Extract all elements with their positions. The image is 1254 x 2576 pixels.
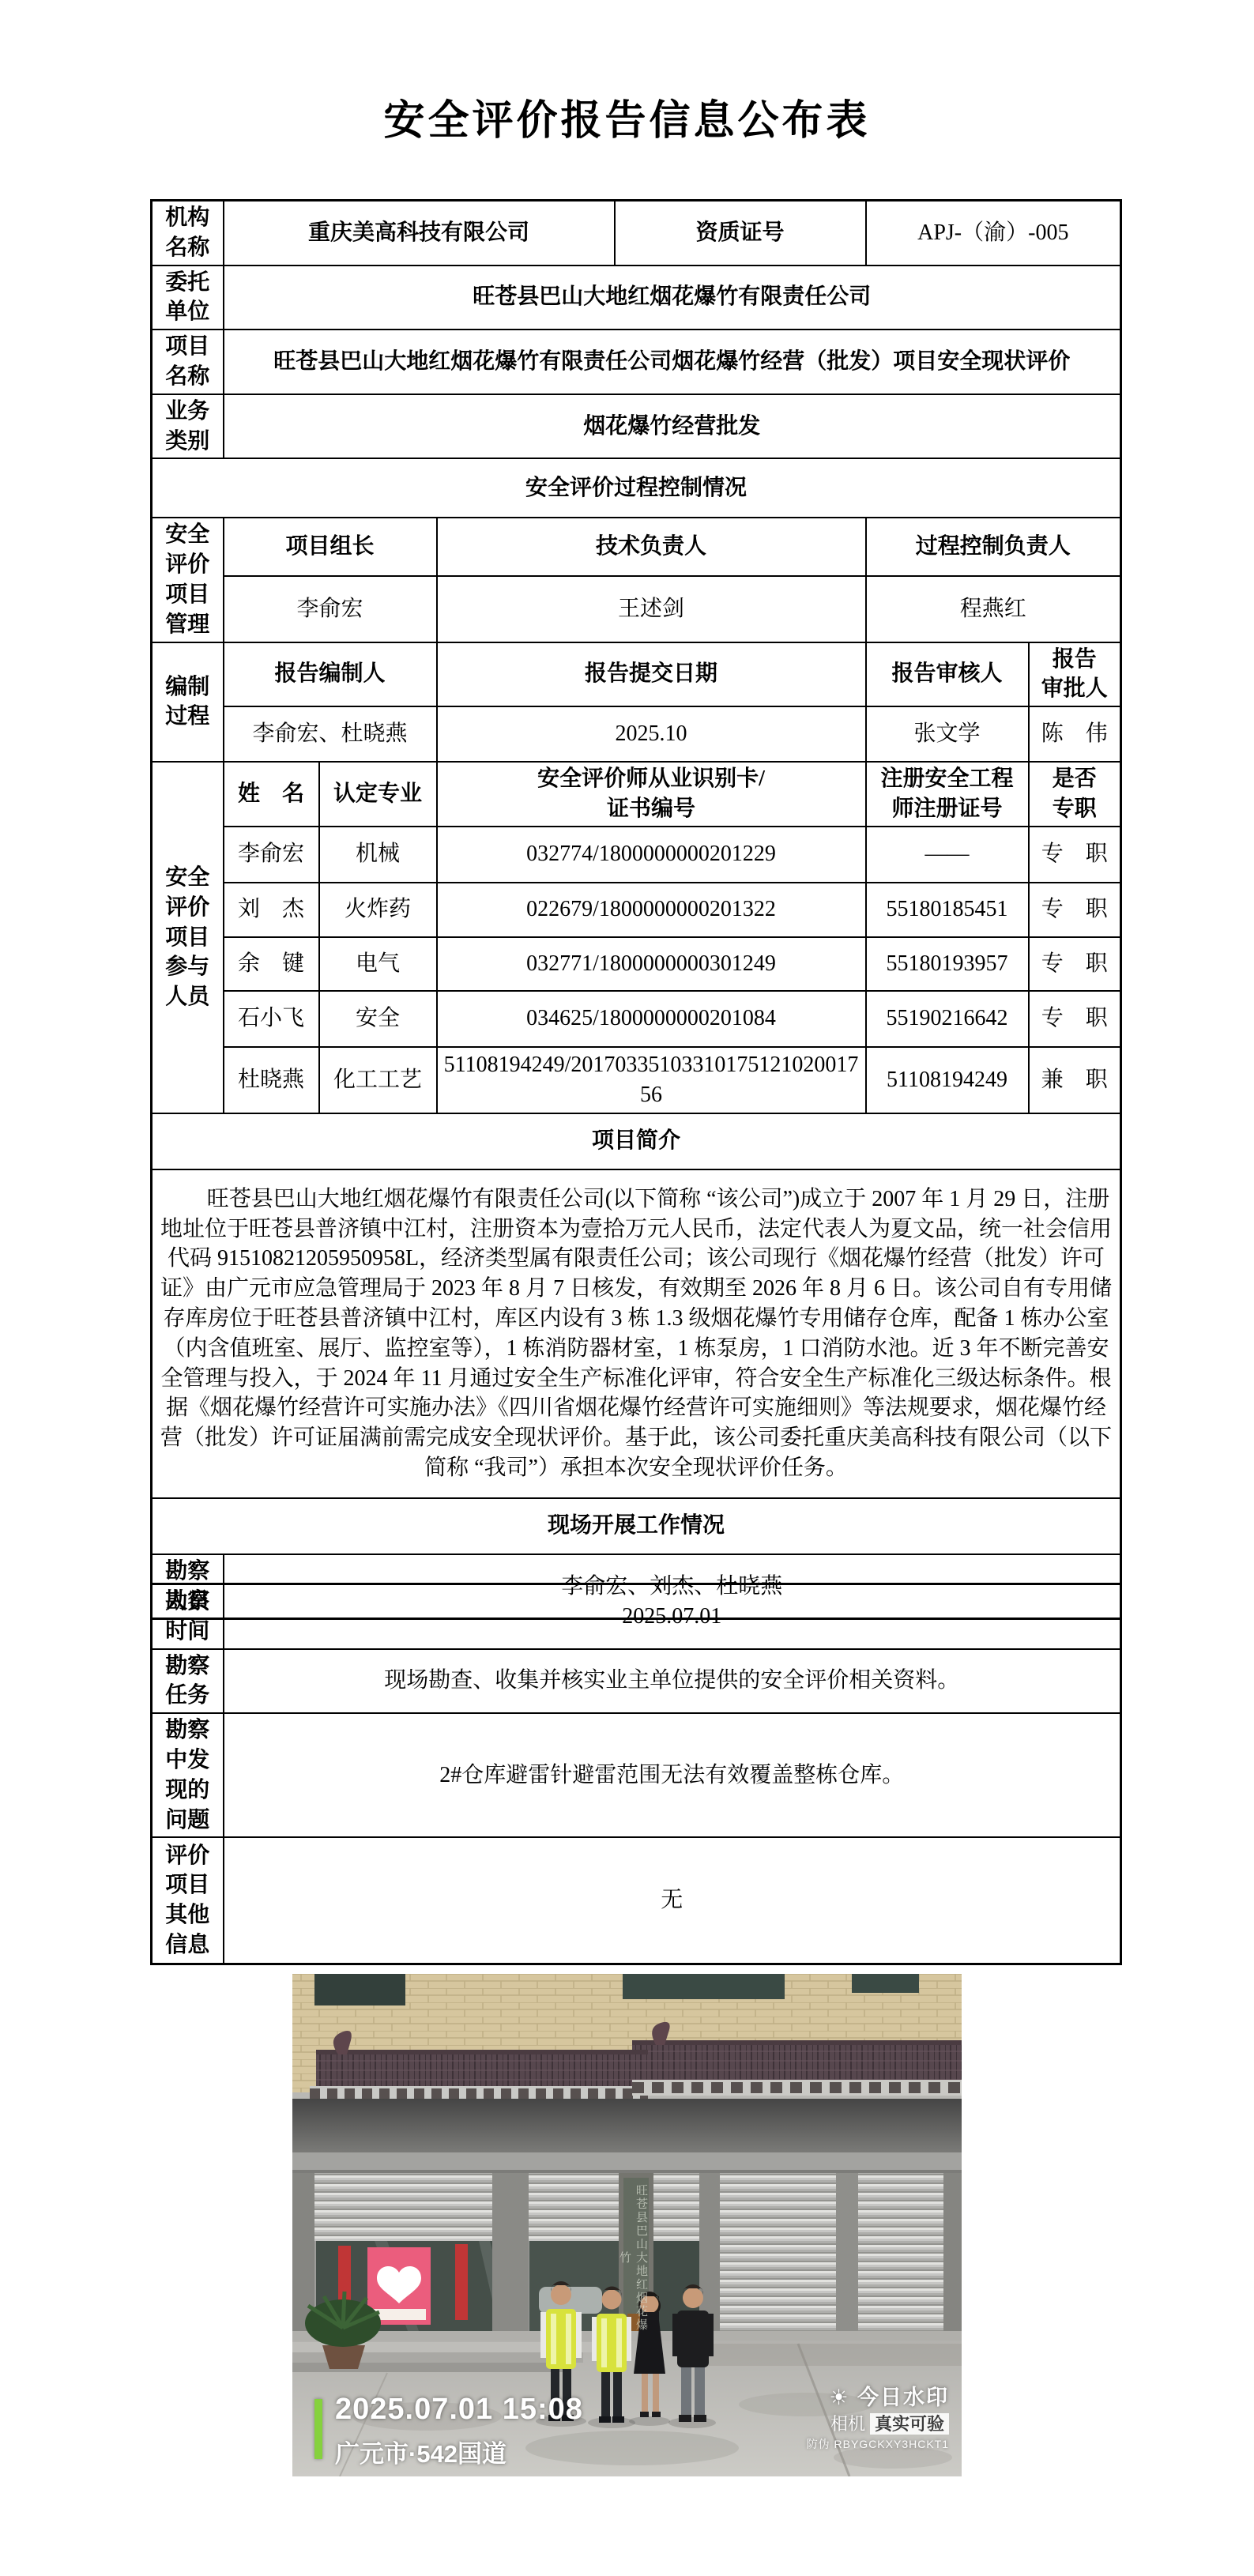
window [623, 1974, 785, 1999]
member-name: 李俞宏 [224, 827, 319, 883]
value-org-name: 重庆美高科技有限公司 [224, 201, 615, 266]
value-cert-no: APJ-（渝）-005 [866, 201, 1121, 266]
value-other-info: 无 [224, 1837, 1121, 1964]
document-page: { "title": "安全评价报告信息公布表", "table1": { "o… [0, 0, 1254, 2576]
sun-icon: ☀ [829, 2386, 849, 2409]
member-reg: 55180193957 [866, 937, 1029, 991]
value-client: 旺苍县巴山大地红烟花爆竹有限责任公司 [224, 266, 1121, 330]
label-other-info: 评价项目其他信息 [152, 1837, 224, 1964]
watermark-anticode: 防伪 RBYGCKXY3HCKT1 [807, 2438, 949, 2452]
value-project: 旺苍县巴山大地红烟花爆竹有限责任公司烟花爆竹经营（批发）项目安全现状评价 [224, 330, 1121, 394]
member-fulltime: 专 职 [1029, 937, 1121, 991]
survey-table: 勘察时间 2025.07.01 勘察任务 现场勘查、收集并核实业主单位提供的安全… [150, 1583, 1122, 1965]
survey-row: 勘察中发现的问题 2#仓库避雷针避雷范围无法有效覆盖整栋仓库。 [152, 1713, 1121, 1837]
label-reviewer: 报告审核人 [866, 642, 1029, 707]
member-major: 火炸药 [319, 883, 437, 937]
watermark-camera-label: 相机 [830, 2414, 865, 2434]
col-header-fulltime: 是否 专职 [1029, 762, 1121, 827]
value-survey-issues: 2#仓库避雷针避雷范围无法有效覆盖整栋仓库。 [224, 1713, 1121, 1837]
value-survey-task: 现场勘查、收集并核实业主单位提供的安全评价相关资料。 [224, 1649, 1121, 1714]
label-compile-process: 编制过程 [152, 642, 224, 763]
red-poster [455, 2244, 468, 2320]
member-row: 刘 杰 火炸药 022679/1800000000201322 55180185… [152, 883, 1121, 937]
watermark-timestamp: 2025.07.01 15:08 [335, 2393, 583, 2427]
member-name: 余 键 [224, 937, 319, 991]
member-reg: 51108194249 [866, 1047, 1029, 1113]
col-header-reg: 注册安全工程师注册证号 [866, 762, 1029, 827]
member-fulltime: 专 职 [1029, 827, 1121, 883]
member-name: 杜晓燕 [224, 1047, 319, 1113]
member-cert: 034625/1800000000201084 [437, 991, 866, 1047]
page-title: 安全评价报告信息公布表 [0, 87, 1254, 146]
member-row: 石小飞 安全 034625/1800000000201084 551902166… [152, 991, 1121, 1047]
label-team-leader: 项目组长 [224, 518, 437, 575]
window [852, 1974, 919, 1993]
member-reg: —— [866, 827, 1029, 883]
value-survey-time: 2025.07.01 [224, 1584, 1121, 1649]
project-intro-text: 旺苍县巴山大地红烟花爆竹有限责任公司(以下简称 “该公司”)成立于 2007 年… [152, 1169, 1121, 1498]
value-tech-lead: 王述剑 [437, 576, 866, 642]
label-submit-date: 报告提交日期 [437, 642, 866, 707]
main-table: 机构名称 重庆美高科技有限公司 资质证号 APJ-（渝）-005 委托单位 旺苍… [150, 199, 1122, 1620]
col-header-cert: 安全评价师从业识别卡/ 证书编号 [437, 762, 866, 827]
watermark-app-block: ☀ 今日水印 相机真实可验 防伪 RBYGCKXY3HCKT1 [807, 2385, 949, 2452]
member-major: 安全 [319, 991, 437, 1047]
member-cert: 022679/1800000000201322 [437, 883, 866, 937]
label-participants: 安全评价项目参与人员 [152, 762, 224, 1113]
member-row: 李俞宏 机械 032774/1800000000201229 —— 专 职 [152, 827, 1121, 883]
survey-row: 勘察时间 2025.07.01 [152, 1584, 1121, 1649]
watermark-green-bar [314, 2399, 322, 2459]
member-name: 石小飞 [224, 991, 319, 1047]
member-reg: 55190216642 [866, 991, 1029, 1047]
value-process-lead: 程燕红 [866, 576, 1121, 642]
label-process-lead: 过程控制负责人 [866, 518, 1121, 575]
label-org-name: 机构名称 [152, 201, 224, 266]
value-team-leader: 李俞宏 [224, 576, 437, 642]
value-approver: 陈 伟 [1029, 706, 1121, 762]
watermark-location: 广元市·542国道 [335, 2434, 506, 2469]
label-project: 项目名称 [152, 330, 224, 394]
col-header-name: 姓 名 [224, 762, 319, 827]
roof-right [632, 2045, 962, 2085]
label-survey-task: 勘察任务 [152, 1649, 224, 1714]
column [492, 2173, 529, 2339]
site-photo: 旺苍县巴山大地红烟花爆竹 2025.07.01 15:08 广元市·542国道 … [292, 1974, 962, 2476]
value-business: 烟花爆竹经营批发 [224, 394, 1121, 459]
label-cert-no: 资质证号 [615, 201, 866, 266]
label-survey-time: 勘察时间 [152, 1584, 224, 1649]
col-header-major: 认定专业 [319, 762, 437, 827]
member-major: 机械 [319, 827, 437, 883]
label-project-management: 安全评价项目管理 [152, 518, 224, 642]
member-row: 余 键 电气 032771/1800000000301249 551801939… [152, 937, 1121, 991]
survey-row: 评价项目其他信息 无 [152, 1837, 1121, 1964]
label-tech-lead: 技术负责人 [437, 518, 866, 575]
watermark-app-name: 今日水印 [857, 2386, 949, 2409]
section-site-work: 现场开展工作情况 [152, 1498, 1121, 1554]
column [943, 2173, 962, 2339]
column [836, 2173, 858, 2339]
label-client: 委托单位 [152, 266, 224, 330]
value-report-writer: 李俞宏、杜晓燕 [224, 706, 437, 762]
member-major: 化工工艺 [319, 1047, 437, 1113]
member-row: 杜晓燕 化工工艺 51108194249/2017033510331017512… [152, 1047, 1121, 1113]
member-cert: 032774/1800000000201229 [437, 827, 866, 883]
label-report-writer: 报告编制人 [224, 642, 437, 707]
window [314, 1974, 405, 2005]
verified-badge: 真实可验 [870, 2413, 949, 2435]
section-project-intro: 项目简介 [152, 1113, 1121, 1169]
roller-shutter-right [703, 2173, 962, 2331]
label-approver: 报告 审批人 [1029, 642, 1121, 707]
eave-shadow [292, 2099, 962, 2154]
member-fulltime: 专 职 [1029, 883, 1121, 937]
survey-row: 勘察任务 现场勘查、收集并核实业主单位提供的安全评价相关资料。 [152, 1649, 1121, 1714]
pillar-sign-text: 旺苍县巴山大地红烟花爆竹 [623, 2181, 650, 2335]
label-business: 业务类别 [152, 394, 224, 459]
member-reg: 55180185451 [866, 883, 1029, 937]
value-reviewer: 张文学 [866, 706, 1029, 762]
section-process-control: 安全评价过程控制情况 [152, 458, 1121, 518]
member-fulltime: 兼 职 [1029, 1047, 1121, 1113]
label-survey-issues: 勘察中发现的问题 [152, 1713, 224, 1837]
member-cert: 51108194249/2017033510331017512102001756 [437, 1047, 866, 1113]
member-cert: 032771/1800000000301249 [437, 937, 866, 991]
member-major: 电气 [319, 937, 437, 991]
value-submit-date: 2025.10 [437, 706, 866, 762]
member-name: 刘 杰 [224, 883, 319, 937]
member-fulltime: 专 职 [1029, 991, 1121, 1047]
